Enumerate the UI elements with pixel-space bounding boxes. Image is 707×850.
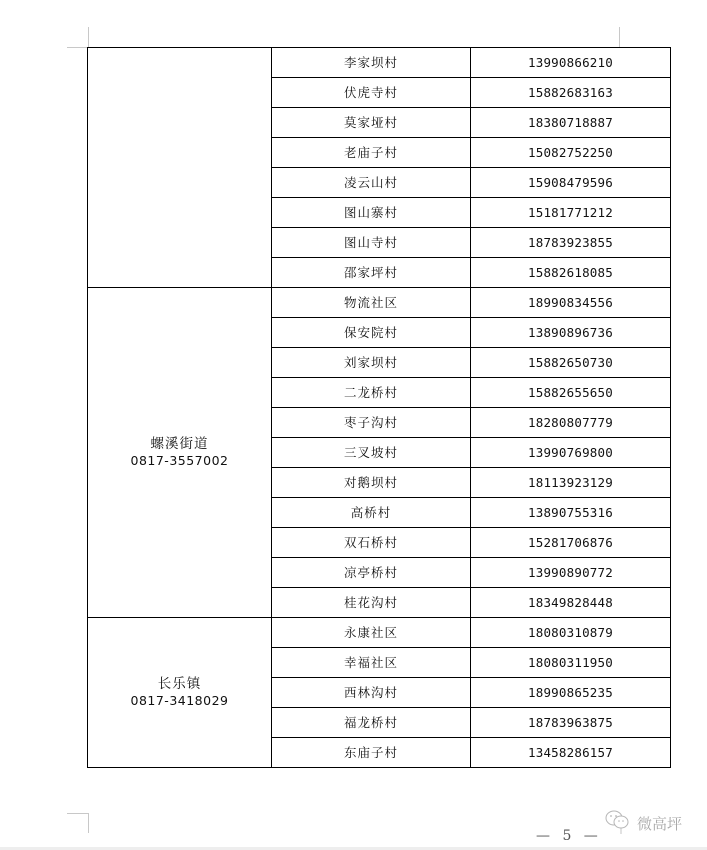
group-phone: 0817-3557002 <box>88 454 271 468</box>
village-phone: 13990890772 <box>471 558 671 588</box>
village-name: 东庙子村 <box>272 738 471 768</box>
page-number: — 5 — <box>536 828 602 844</box>
village-name: 幸福社区 <box>272 648 471 678</box>
village-name: 对鹅坝村 <box>272 468 471 498</box>
contact-table-body: 李家坝村 13990866210 伏虎寺村15882683163 莫家垭村183… <box>88 48 671 768</box>
crop-mark-top-left-h <box>67 47 88 48</box>
village-phone: 18380718887 <box>471 108 671 138</box>
village-phone: 13990769800 <box>471 438 671 468</box>
village-name: 老庙子村 <box>272 138 471 168</box>
village-phone: 13890755316 <box>471 498 671 528</box>
table-row: 长乐镇 0817-3418029 永康社区 18080310879 <box>88 618 671 648</box>
village-phone: 13990866210 <box>471 48 671 78</box>
village-name: 伏虎寺村 <box>272 78 471 108</box>
village-phone: 18080310879 <box>471 618 671 648</box>
village-phone: 15082752250 <box>471 138 671 168</box>
village-name: 凉亭桥村 <box>272 558 471 588</box>
village-phone: 15882683163 <box>471 78 671 108</box>
watermark: 微高坪 <box>603 806 682 840</box>
village-name: 西林沟村 <box>272 678 471 708</box>
village-phone: 15882618085 <box>471 258 671 288</box>
village-phone: 18990834556 <box>471 288 671 318</box>
village-phone: 18113923129 <box>471 468 671 498</box>
village-name: 李家坝村 <box>272 48 471 78</box>
village-name: 永康社区 <box>272 618 471 648</box>
village-name: 凌云山村 <box>272 168 471 198</box>
village-name: 三叉坡村 <box>272 438 471 468</box>
village-name: 物流社区 <box>272 288 471 318</box>
crop-mark-bottom-left-v <box>88 813 89 833</box>
table-row: 螺溪街道 0817-3557002 物流社区 18990834556 <box>88 288 671 318</box>
village-name: 双石桥村 <box>272 528 471 558</box>
group-cell <box>88 48 272 288</box>
village-name: 莫家垭村 <box>272 108 471 138</box>
village-phone: 13458286157 <box>471 738 671 768</box>
village-phone: 18990865235 <box>471 678 671 708</box>
village-name: 枣子沟村 <box>272 408 471 438</box>
village-name: 二龙桥村 <box>272 378 471 408</box>
village-phone: 15181771212 <box>471 198 671 228</box>
village-phone: 15908479596 <box>471 168 671 198</box>
village-name: 刘家坝村 <box>272 348 471 378</box>
table-row: 李家坝村 13990866210 <box>88 48 671 78</box>
village-phone: 18783963875 <box>471 708 671 738</box>
village-name: 邵家坪村 <box>272 258 471 288</box>
village-phone: 15882655650 <box>471 378 671 408</box>
village-phone: 15882650730 <box>471 348 671 378</box>
village-phone: 18783923855 <box>471 228 671 258</box>
village-name: 桂花沟村 <box>272 588 471 618</box>
village-name: 福龙桥村 <box>272 708 471 738</box>
village-phone: 13890896736 <box>471 318 671 348</box>
village-name: 图山寺村 <box>272 228 471 258</box>
contact-table: 李家坝村 13990866210 伏虎寺村15882683163 莫家垭村183… <box>87 47 671 768</box>
village-name: 高桥村 <box>272 498 471 528</box>
wechat-icon <box>603 806 633 840</box>
village-phone: 18349828448 <box>471 588 671 618</box>
village-phone: 18280807779 <box>471 408 671 438</box>
crop-mark-top-left-v <box>88 27 89 47</box>
group-cell: 长乐镇 0817-3418029 <box>88 618 272 768</box>
village-phone: 15281706876 <box>471 528 671 558</box>
group-name: 螺溪街道 <box>88 437 271 451</box>
group-cell: 螺溪街道 0817-3557002 <box>88 288 272 618</box>
village-phone: 18080311950 <box>471 648 671 678</box>
group-name: 长乐镇 <box>88 677 271 691</box>
group-phone: 0817-3418029 <box>88 694 271 708</box>
village-name: 图山寨村 <box>272 198 471 228</box>
crop-mark-bottom-left-h <box>67 813 88 814</box>
village-name: 保安院村 <box>272 318 471 348</box>
watermark-text: 微高坪 <box>637 813 682 834</box>
crop-mark-top-right-v <box>619 27 620 47</box>
